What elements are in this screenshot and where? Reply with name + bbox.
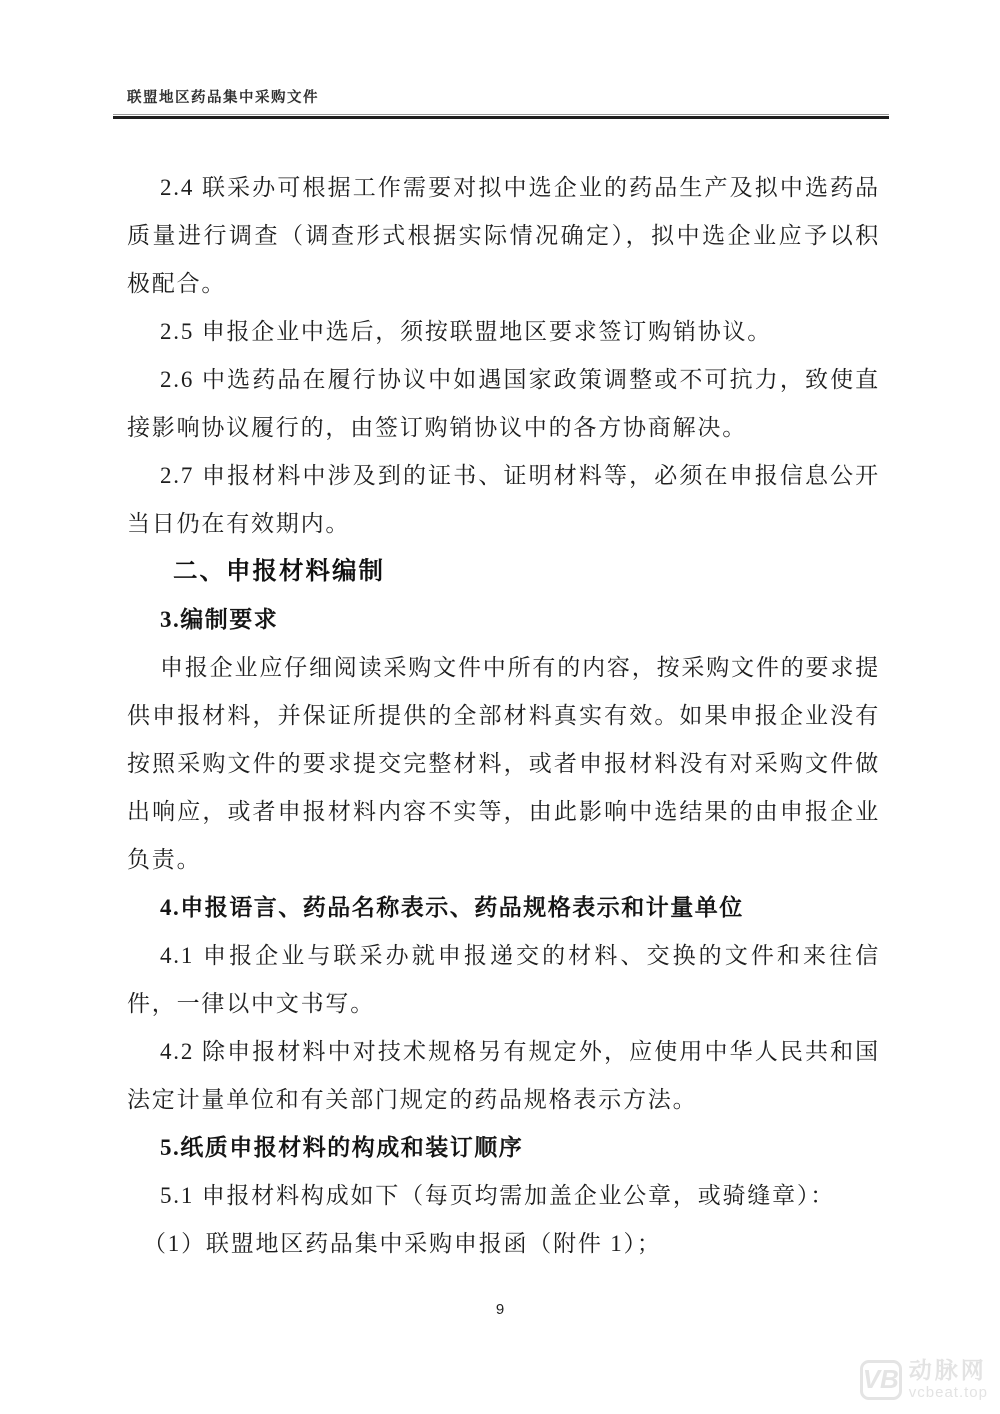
header-rule-thick — [113, 116, 889, 119]
section-heading-2: 二、申报材料编制 — [127, 548, 880, 596]
paragraph-4-1: 4.1 申报企业与联采办就申报递交的材料、交换的文件和来往信件，一律以中文书写。 — [127, 932, 880, 1028]
page-number: 9 — [0, 1301, 1000, 1318]
paragraph-4-2: 4.2 除申报材料中对技术规格另有规定外，应使用中华人民共和国法定计量单位和有关… — [127, 1028, 880, 1124]
paragraph-2-7: 2.7 申报材料中涉及到的证书、证明材料等，必须在申报信息公开当日仍在有效期内。 — [127, 452, 880, 548]
watermark-site-url: vcbeat.top — [909, 1385, 988, 1400]
paragraph-2-4: 2.4 联采办可根据工作需要对拟中选企业的药品生产及拟中选药品质量进行调查（调查… — [127, 164, 880, 308]
heading-3: 3.编制要求 — [127, 596, 880, 644]
paragraph-2-6: 2.6 中选药品在履行协议中如遇国家政策调整或不可抗力，致使直接影响协议履行的，… — [127, 356, 880, 452]
watermark-text: 动脉网 vcbeat.top — [909, 1359, 988, 1400]
header-rule-thin — [113, 114, 889, 115]
heading-5: 5.纸质申报材料的构成和装订顺序 — [127, 1124, 880, 1172]
paragraph-3-body: 申报企业应仔细阅读采购文件中所有的内容，按采购文件的要求提供申报材料，并保证所提… — [127, 644, 880, 884]
watermark-brand-name: 动脉网 — [909, 1359, 988, 1382]
document-page: 联盟地区药品集中采购文件 2.4 联采办可根据工作需要对拟中选企业的药品生产及拟… — [0, 0, 1000, 1414]
document-body: 2.4 联采办可根据工作需要对拟中选企业的药品生产及拟中选药品质量进行调查（调查… — [127, 164, 880, 1268]
header-title: 联盟地区药品集中采购文件 — [127, 86, 889, 107]
heading-4: 4.申报语言、药品名称表示、药品规格表示和计量单位 — [127, 884, 880, 932]
watermark: VB 动脉网 vcbeat.top — [860, 1359, 988, 1400]
paragraph-5-1-item-1: （1）联盟地区药品集中采购申报函（附件 1）； — [127, 1220, 880, 1268]
page-header: 联盟地区药品集中采购文件 — [113, 86, 889, 119]
paragraph-5-1: 5.1 申报材料构成如下（每页均需加盖企业公章，或骑缝章）： — [127, 1172, 880, 1220]
paragraph-2-5: 2.5 申报企业中选后，须按联盟地区要求签订购销协议。 — [127, 308, 880, 356]
vb-logo-icon: VB — [860, 1360, 902, 1400]
